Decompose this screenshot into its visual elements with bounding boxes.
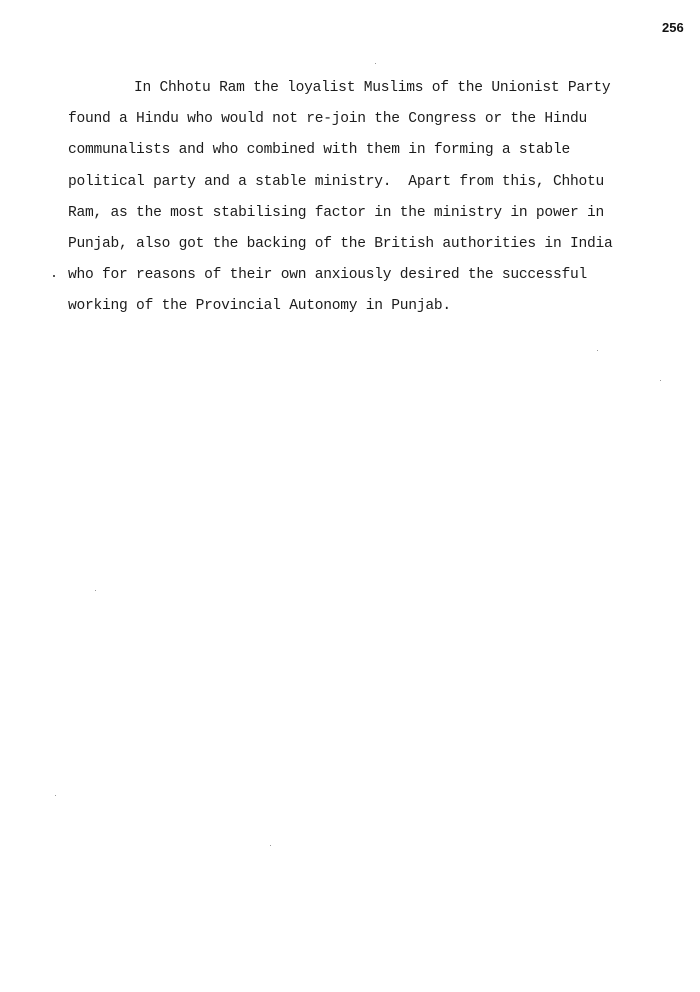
paragraph-line: found a Hindu who would not re-join the … bbox=[68, 108, 668, 139]
scan-speck bbox=[270, 845, 271, 846]
paragraph-line: Ram, as the most stabilising factor in t… bbox=[68, 202, 668, 233]
scan-speck bbox=[53, 275, 55, 277]
paragraph: In Chhotu Ram the loyalist Muslims of th… bbox=[68, 77, 668, 327]
paragraph-line: In Chhotu Ram the loyalist Muslims of th… bbox=[68, 77, 668, 108]
scan-speck bbox=[660, 380, 661, 381]
scan-speck bbox=[375, 63, 376, 64]
paragraph-line: Punjab, also got the backing of the Brit… bbox=[68, 233, 668, 264]
scan-speck bbox=[55, 795, 56, 796]
scan-speck bbox=[597, 350, 598, 351]
scan-speck bbox=[95, 590, 96, 591]
paragraph-line: political party and a stable ministry. A… bbox=[68, 171, 668, 202]
paragraph-line: working of the Provincial Autonomy in Pu… bbox=[68, 295, 668, 326]
paragraph-line: who for reasons of their own anxiously d… bbox=[68, 264, 668, 295]
paragraph-line: communalists and who combined with them … bbox=[68, 139, 668, 170]
page-number: 256 bbox=[662, 20, 684, 35]
